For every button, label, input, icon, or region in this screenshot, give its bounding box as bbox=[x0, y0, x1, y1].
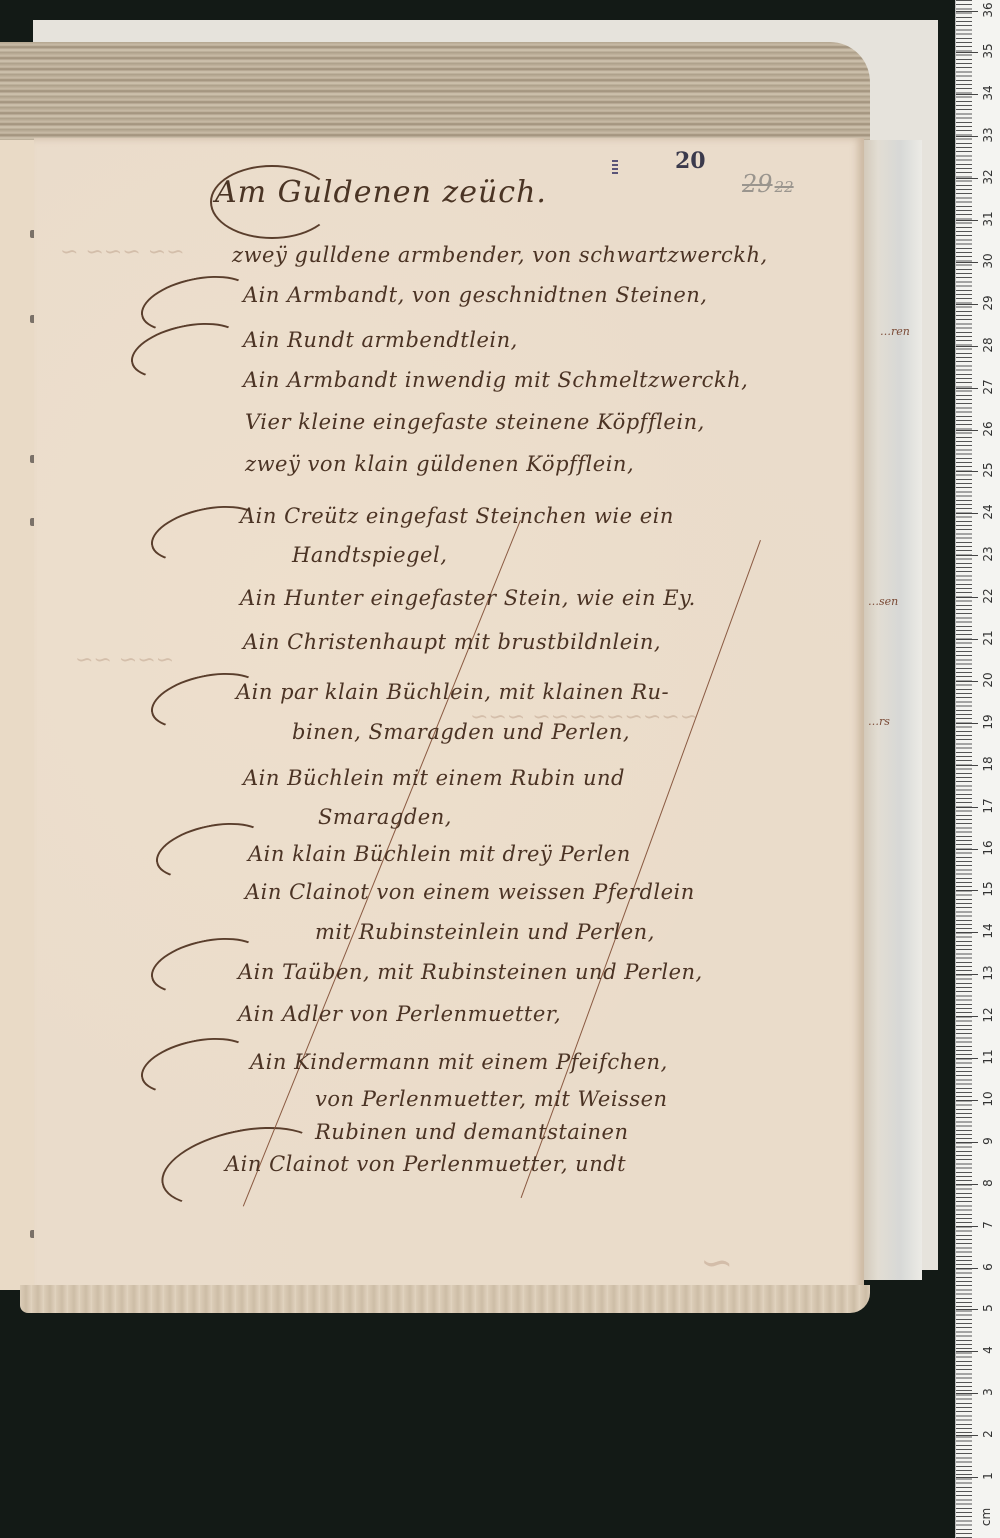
manuscript-line: Ain Büchlein mit einem Rubin und bbox=[243, 766, 625, 790]
ruler-major-tick bbox=[956, 555, 978, 556]
ruler-unit-label: cm bbox=[979, 1505, 993, 1529]
manuscript-line: von Perlenmuetter, mit Weissen bbox=[315, 1087, 668, 1111]
manuscript-line: Ain Creütz eingefast Steinchen wie ein bbox=[240, 504, 674, 528]
ruler-label: 1 bbox=[981, 1466, 995, 1486]
ruler-major-tick bbox=[956, 430, 978, 431]
ruler-label: 10 bbox=[981, 1089, 995, 1109]
ruler-label: 30 bbox=[981, 251, 995, 271]
manuscript-line: Ain Adler von Perlenmuetter, bbox=[238, 1002, 561, 1026]
book-top-edge bbox=[0, 42, 870, 142]
ruler-label: 16 bbox=[981, 838, 995, 858]
ruler-major-tick bbox=[956, 1100, 978, 1101]
ruler-label: 19 bbox=[981, 712, 995, 732]
ruler-label: 32 bbox=[981, 167, 995, 187]
bleed-through: ~~ ~~~ ~ bbox=[60, 240, 185, 265]
manuscript-line: Ain Armbandt inwendig mit Schmeltzwerckh… bbox=[243, 368, 748, 392]
ruler-major-tick bbox=[956, 890, 978, 891]
manuscript-line: Ain Kindermann mit einem Pfeifchen, bbox=[250, 1050, 668, 1074]
ruler-major-tick bbox=[956, 974, 978, 975]
ruler-major-tick bbox=[956, 849, 978, 850]
page-heading: Am Guldenen zeüch. bbox=[215, 175, 547, 210]
ruler-ticks bbox=[956, 0, 972, 1538]
stamp-mark bbox=[612, 160, 618, 174]
ruler-major-tick bbox=[956, 1058, 978, 1059]
ruler-label: 4 bbox=[981, 1340, 995, 1360]
manuscript-line: binen, Smaragden und Perlen, bbox=[292, 720, 630, 744]
old-folio-struck: 29 bbox=[742, 170, 773, 198]
ruler-major-tick bbox=[956, 807, 978, 808]
ruler-major-tick bbox=[956, 1184, 978, 1185]
ruler-label: 35 bbox=[981, 41, 995, 61]
ruler-major-tick bbox=[956, 1226, 978, 1227]
old-folio-number: 2922 bbox=[742, 170, 794, 198]
ruler-major-tick bbox=[956, 471, 978, 472]
ruler-label: 14 bbox=[981, 921, 995, 941]
ruler-major-tick bbox=[956, 11, 978, 12]
ruler-label: 36 bbox=[981, 0, 995, 20]
manuscript-line: Ain Christenhaupt mit brustbildnlein, bbox=[243, 630, 661, 654]
ruler-major-tick bbox=[956, 597, 978, 598]
ruler-label: 13 bbox=[981, 963, 995, 983]
ruler-major-tick bbox=[956, 1268, 978, 1269]
ruler-major-tick bbox=[956, 765, 978, 766]
ruler-label: 33 bbox=[981, 125, 995, 145]
ruler-major-tick bbox=[956, 513, 978, 514]
ruler-label: 27 bbox=[981, 377, 995, 397]
ruler-major-tick bbox=[956, 262, 978, 263]
ruler-major-tick bbox=[956, 178, 978, 179]
manuscript-line: Smaragden, bbox=[318, 805, 452, 829]
ruler-major-tick bbox=[956, 136, 978, 137]
ruler-major-tick bbox=[956, 1393, 978, 1394]
ruler-label: 18 bbox=[981, 754, 995, 774]
manuscript-line: Ain Hunter eingefaster Stein, wie ein Ey… bbox=[240, 586, 696, 610]
ruler-major-tick bbox=[956, 1142, 978, 1143]
manuscript-line: Ain Clainot von einem weissen Pferdlein bbox=[245, 880, 695, 904]
bleed-through: ~ bbox=[700, 1240, 734, 1286]
ruler-label: 24 bbox=[981, 502, 995, 522]
ruler-label: 7 bbox=[981, 1215, 995, 1235]
ruler-major-tick bbox=[956, 932, 978, 933]
manuscript-line: Ain Clainot von Perlenmuetter, undt bbox=[225, 1152, 626, 1176]
ruler-label: 29 bbox=[981, 293, 995, 313]
guard-note: …rs bbox=[868, 715, 890, 728]
scale-ruler: 1234567891011121314151617181920212223242… bbox=[955, 0, 1000, 1538]
ruler-major-tick bbox=[956, 94, 978, 95]
ruler-label: 25 bbox=[981, 460, 995, 480]
ruler-label: 5 bbox=[981, 1298, 995, 1318]
ruler-label: 34 bbox=[981, 83, 995, 103]
manuscript-line: Ain par klain Büchlein, mit klainen Ru- bbox=[236, 680, 669, 704]
manuscript-line: Handtspiegel, bbox=[292, 543, 447, 567]
ruler-label: 15 bbox=[981, 879, 995, 899]
manuscript-line: zweÿ von klain güldenen Köpfflein, bbox=[245, 452, 634, 476]
bleed-through: ~~~ ~~ bbox=[75, 648, 174, 673]
manuscript-line: mit Rubinsteinlein und Perlen, bbox=[315, 920, 655, 944]
manuscript-line: Ain Armbandt, von geschnidtnen Steinen, bbox=[243, 283, 707, 307]
manuscript-line: Rubinen und demantstainen bbox=[315, 1120, 629, 1144]
facing-page-edge bbox=[0, 140, 35, 1290]
old-folio-struck-small: 22 bbox=[775, 178, 794, 196]
ruler-label: 23 bbox=[981, 544, 995, 564]
ruler-major-tick bbox=[956, 1435, 978, 1436]
manuscript-line: Ain klain Büchlein mit dreÿ Perlen bbox=[248, 842, 631, 866]
right-guard-strip: …ren …sen …rs bbox=[860, 140, 922, 1280]
page-bottom-edge bbox=[20, 1285, 870, 1313]
ruler-major-tick bbox=[956, 723, 978, 724]
folio-number: 20 bbox=[675, 148, 706, 174]
ruler-label: 26 bbox=[981, 419, 995, 439]
ruler-major-tick bbox=[956, 1309, 978, 1310]
ruler-major-tick bbox=[956, 52, 978, 53]
guard-note: …ren bbox=[880, 325, 910, 338]
ruler-label: 17 bbox=[981, 796, 995, 816]
ruler-major-tick bbox=[956, 346, 978, 347]
ruler-label: 8 bbox=[981, 1173, 995, 1193]
ruler-major-tick bbox=[956, 681, 978, 682]
ruler-label: 22 bbox=[981, 586, 995, 606]
ruler-label: 11 bbox=[981, 1047, 995, 1067]
ruler-major-tick bbox=[956, 220, 978, 221]
ruler-major-tick bbox=[956, 388, 978, 389]
guard-note: …sen bbox=[868, 595, 898, 608]
ruler-label: 28 bbox=[981, 335, 995, 355]
ruler-major-tick bbox=[956, 1351, 978, 1352]
ruler-label: 2 bbox=[981, 1424, 995, 1444]
manuscript-line: Vier kleine eingefaste steinene Köpfflei… bbox=[245, 410, 705, 434]
manuscript-line: Ain Taüben, mit Rubinsteinen und Perlen, bbox=[238, 960, 703, 984]
manuscript-line: Ain Rundt armbendtlein, bbox=[243, 328, 518, 352]
ruler-label: 12 bbox=[981, 1005, 995, 1025]
manuscript-line: zweÿ gulldene armbender, von schwartzwer… bbox=[232, 243, 768, 267]
ruler-major-tick bbox=[956, 1477, 978, 1478]
ruler-label: 3 bbox=[981, 1382, 995, 1402]
ruler-label: 9 bbox=[981, 1131, 995, 1151]
ruler-major-tick bbox=[956, 1016, 978, 1017]
ruler-major-tick bbox=[956, 304, 978, 305]
ruler-major-tick bbox=[956, 639, 978, 640]
ruler-label: 20 bbox=[981, 670, 995, 690]
ruler-label: 31 bbox=[981, 209, 995, 229]
ruler-label: 21 bbox=[981, 628, 995, 648]
ruler-label: 6 bbox=[981, 1257, 995, 1277]
